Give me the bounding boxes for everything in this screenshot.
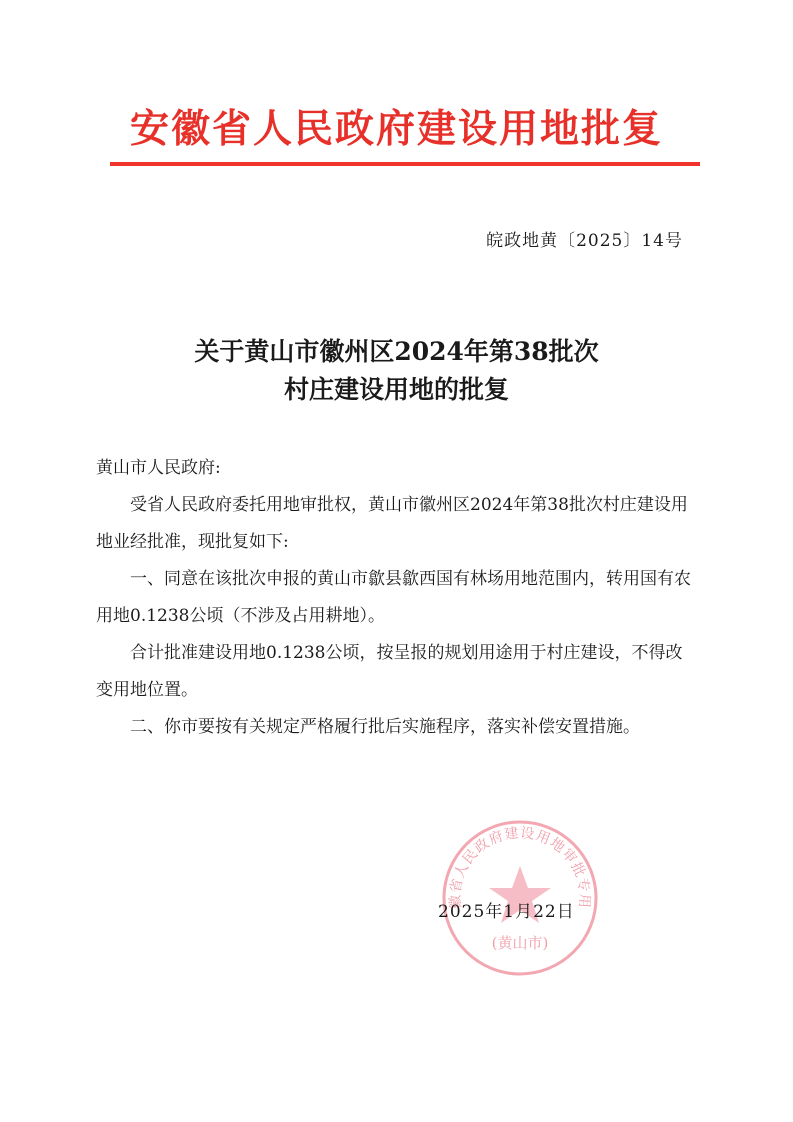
document-title: 关于黄山市徽州区2024年第38批次 村庄建设用地的批复	[0, 333, 793, 409]
body-paragraph: 一、同意在该批次申报的黄山市歙县歙西国有林场用地范围内，转用国有农用地0.123…	[96, 561, 696, 635]
header-red-rule	[110, 162, 700, 166]
body-paragraph: 二、你市要按有关规定严格履行批后实施程序，落实补偿安置措施。	[96, 709, 696, 746]
document-number: 皖政地黄〔2025〕14号	[486, 226, 683, 251]
document-title-line-1: 关于黄山市徽州区2024年第38批次	[0, 333, 793, 371]
seal-center-text: (黄山市)	[492, 934, 549, 952]
body-paragraph: 受省人民政府委托用地审批权，黄山市徽州区2024年第38批次村庄建设用地业经批准…	[96, 487, 696, 561]
body-paragraph: 合计批准建设用地0.1238公顷，按呈报的规划用途用于村庄建设，不得改变用地位置…	[96, 635, 696, 709]
document-title-line-2: 村庄建设用地的批复	[0, 371, 793, 409]
issue-date: 2025年1月22日	[438, 897, 575, 922]
issuer-header: 安徽省人民政府建设用地批复	[0, 104, 793, 154]
document-body: 黄山市人民政府: 受省人民政府委托用地审批权，黄山市徽州区2024年第38批次村…	[96, 450, 696, 746]
salutation: 黄山市人民政府:	[96, 450, 696, 487]
